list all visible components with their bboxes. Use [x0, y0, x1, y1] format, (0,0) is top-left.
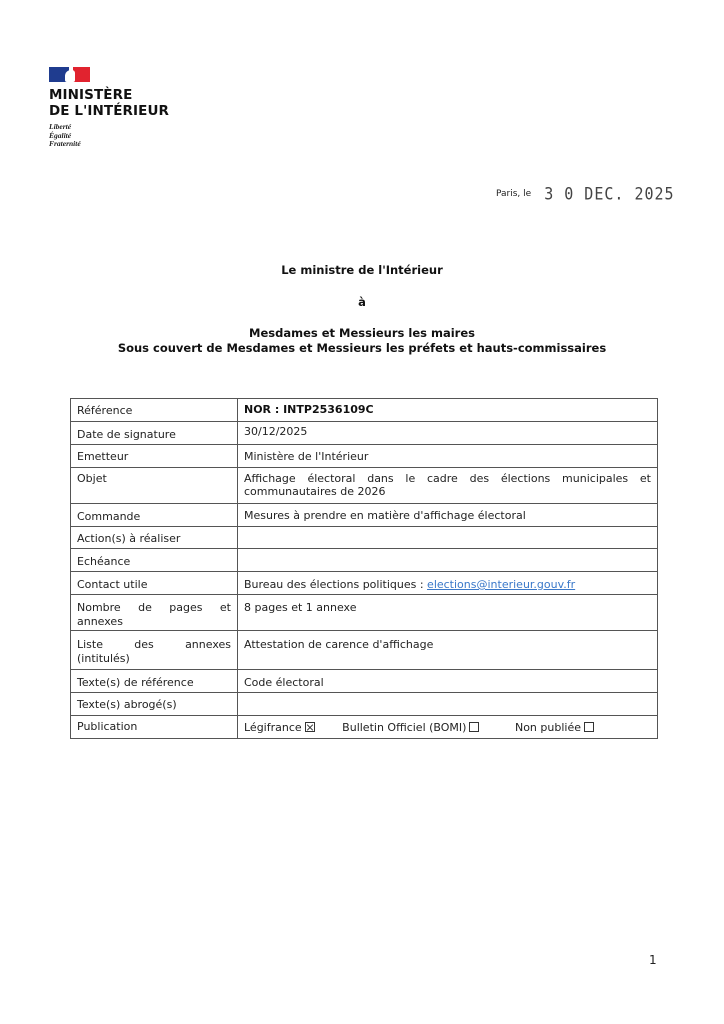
to-marker: à [0, 295, 724, 309]
non-publiee-checkbox[interactable] [584, 722, 594, 732]
publication-legifrance: Légifrance [244, 721, 315, 734]
publication-non-publiee: Non publiée [515, 721, 594, 734]
date-stamp: 3 0 DEC. 2025 [544, 184, 674, 205]
ministry-logo: MINISTÈRE DE L'INTÉRIEUR Liberté Égalité… [49, 67, 169, 149]
ministry-name: MINISTÈRE DE L'INTÉRIEUR [49, 87, 169, 119]
recipients: Mesdames et Messieurs les maires [0, 326, 724, 340]
table-row-annexes: Liste des annexes (intitulés) Attestatio… [71, 631, 658, 670]
bomi-checkbox[interactable] [469, 722, 479, 732]
table-row-command: Commande Mesures à prendre en matière d'… [71, 504, 658, 527]
table-row-actions: Action(s) à réaliser [71, 527, 658, 549]
metadata-table: Référence NOR : INTP2536109C Date de sig… [70, 398, 658, 739]
table-row-object: Objet Affichage électoral dans le cadre … [71, 468, 658, 504]
table-row-publication: Publication Légifrance Bulletin Officiel… [71, 716, 658, 739]
motto: Liberté Égalité Fraternité [49, 123, 169, 149]
french-flag-icon [49, 67, 90, 82]
legifrance-checkbox[interactable] [305, 722, 315, 732]
publication-bomi: Bulletin Officiel (BOMI) [342, 721, 479, 734]
dateline-label: Paris, le [496, 189, 531, 199]
cover-line: Sous couvert de Mesdames et Messieurs le… [0, 341, 724, 355]
table-row-repealed-texts: Texte(s) abrogé(s) [71, 693, 658, 716]
table-row-emitter: Emetteur Ministère de l'Intérieur [71, 445, 658, 468]
table-row-contact: Contact utile Bureau des élections polit… [71, 572, 658, 595]
contact-email-link[interactable]: elections@interieur.gouv.fr [427, 578, 575, 591]
table-row-date: Date de signature 30/12/2025 [71, 422, 658, 445]
table-row-pages: Nombre de pages et annexes 8 pages et 1 … [71, 595, 658, 631]
dateline: Paris, le 3 0 DEC. 2025 [496, 185, 675, 203]
table-row-deadline: Echéance [71, 549, 658, 572]
table-row-reference-texts: Texte(s) de référence Code électoral [71, 670, 658, 693]
sender: Le ministre de l'Intérieur [0, 263, 724, 277]
page-number: 1 [649, 953, 657, 967]
table-row-reference: Référence NOR : INTP2536109C [71, 399, 658, 422]
